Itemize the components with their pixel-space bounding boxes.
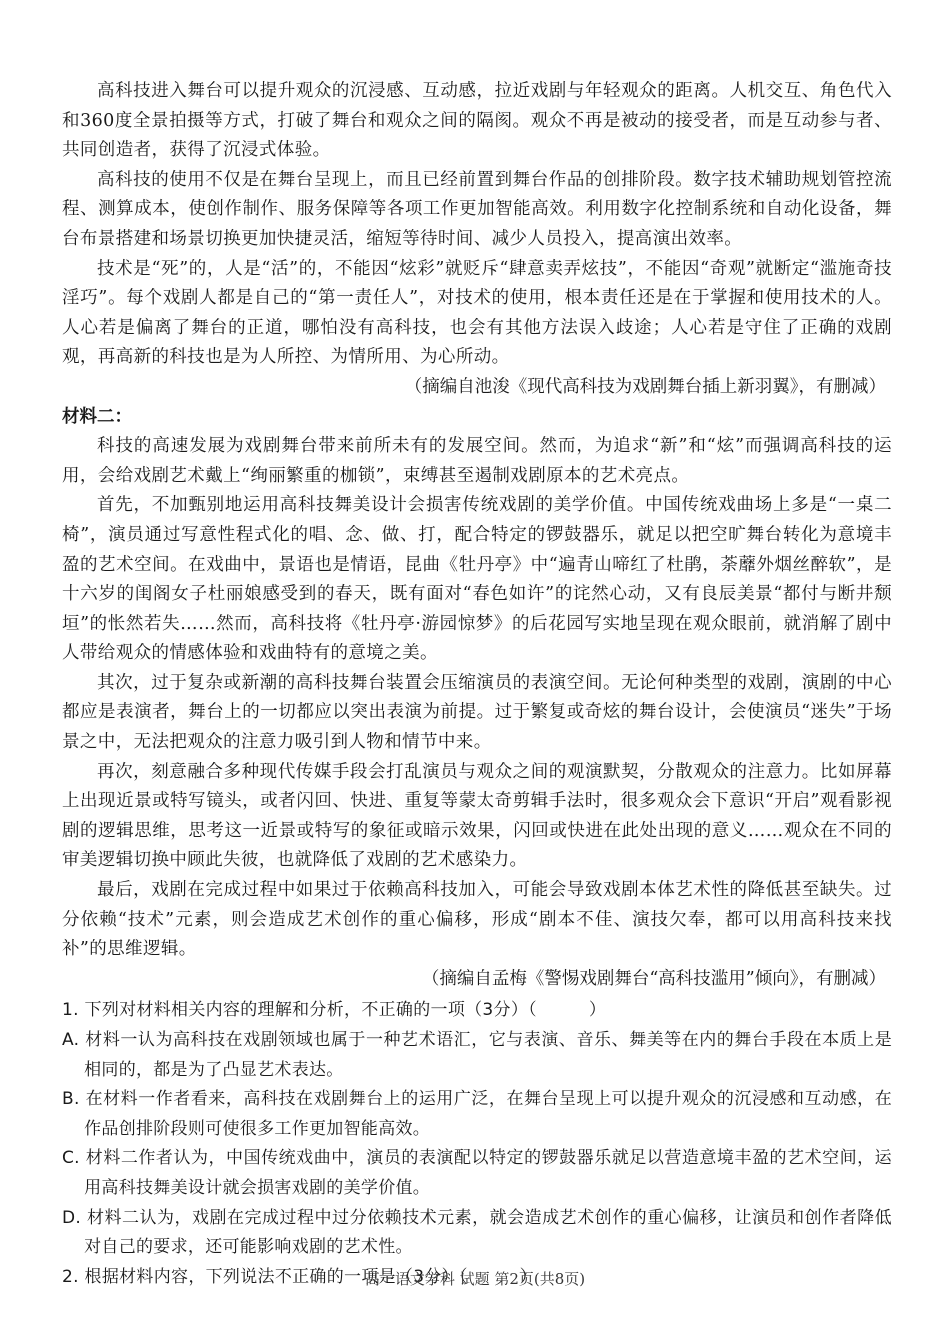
material1-source: （摘编自池浚《现代高科技为戏剧舞台插上新羽翼》，有删减） <box>62 373 892 403</box>
material2-paragraph-2: 首先，不加甄别地运用高科技舞美设计会损害传统戏剧的美学价值。中国传统戏曲场上多是… <box>62 491 892 669</box>
material2-source: （摘编自孟梅《警惕戏剧舞台“高科技滥用”倾向》，有删减） <box>62 965 892 995</box>
exam-page: 高科技进入舞台可以提升观众的沉浸感、互动感，拉近戏剧与年轻观众的距离。人机交互、… <box>62 77 892 1292</box>
question-1-option-b: B. 在材料一作者看来，高科技在戏剧舞台上的运用广泛，在舞台呈现上可以提升观众的… <box>62 1085 892 1144</box>
material2-paragraph-1: 科技的高速发展为戏剧舞台带来前所未有的发展空间。然而，为追求“新”和“炫”而强调… <box>62 432 892 491</box>
material1-paragraph-1: 高科技进入舞台可以提升观众的沉浸感、互动感，拉近戏剧与年轻观众的距离。人机交互、… <box>62 77 892 166</box>
question-1-option-a: A. 材料一认为高科技在戏剧领域也属于一种艺术语汇，它与表演、音乐、舞美等在内的… <box>62 1026 892 1085</box>
question-1-stem: 1. 下列对材料相关内容的理解和分析，不正确的一项（3分）（ ） <box>62 996 892 1026</box>
question-1-option-c: C. 材料二作者认为，中国传统戏曲中，演员的表演配以特定的锣鼓器乐就足以营造意境… <box>62 1144 892 1203</box>
material1-paragraph-3: 技术是“死”的，人是“活”的，不能因“炫彩”就贬斥“肆意卖弄炫技”，不能因“奇观… <box>62 255 892 373</box>
page-footer: 高一语文学科 试题 第2页(共8页) <box>0 1268 950 1289</box>
material2-paragraph-4: 再次，刻意融合多种现代传媒手段会打乱演员与观众之间的观演默契，分散观众的注意力。… <box>62 758 892 876</box>
material2-paragraph-5: 最后，戏剧在完成过程中如果过于依赖高科技加入，可能会导致戏剧本体艺术性的降低甚至… <box>62 876 892 965</box>
question-1-option-d: D. 材料二认为，戏剧在完成过程中过分依赖技术元素，就会造成艺术创作的重心偏移，… <box>62 1204 892 1263</box>
material2-paragraph-3: 其次，过于复杂或新潮的高科技舞台装置会压缩演员的表演空间。无论何种类型的戏剧，演… <box>62 669 892 758</box>
questions-section: 1. 下列对材料相关内容的理解和分析，不正确的一项（3分）（ ） A. 材料一认… <box>62 996 892 1292</box>
material2-heading: 材料二： <box>62 403 892 433</box>
material1-paragraph-2: 高科技的使用不仅是在舞台呈现上，而且已经前置到舞台作品的创排阶段。数字技术辅助规… <box>62 166 892 255</box>
